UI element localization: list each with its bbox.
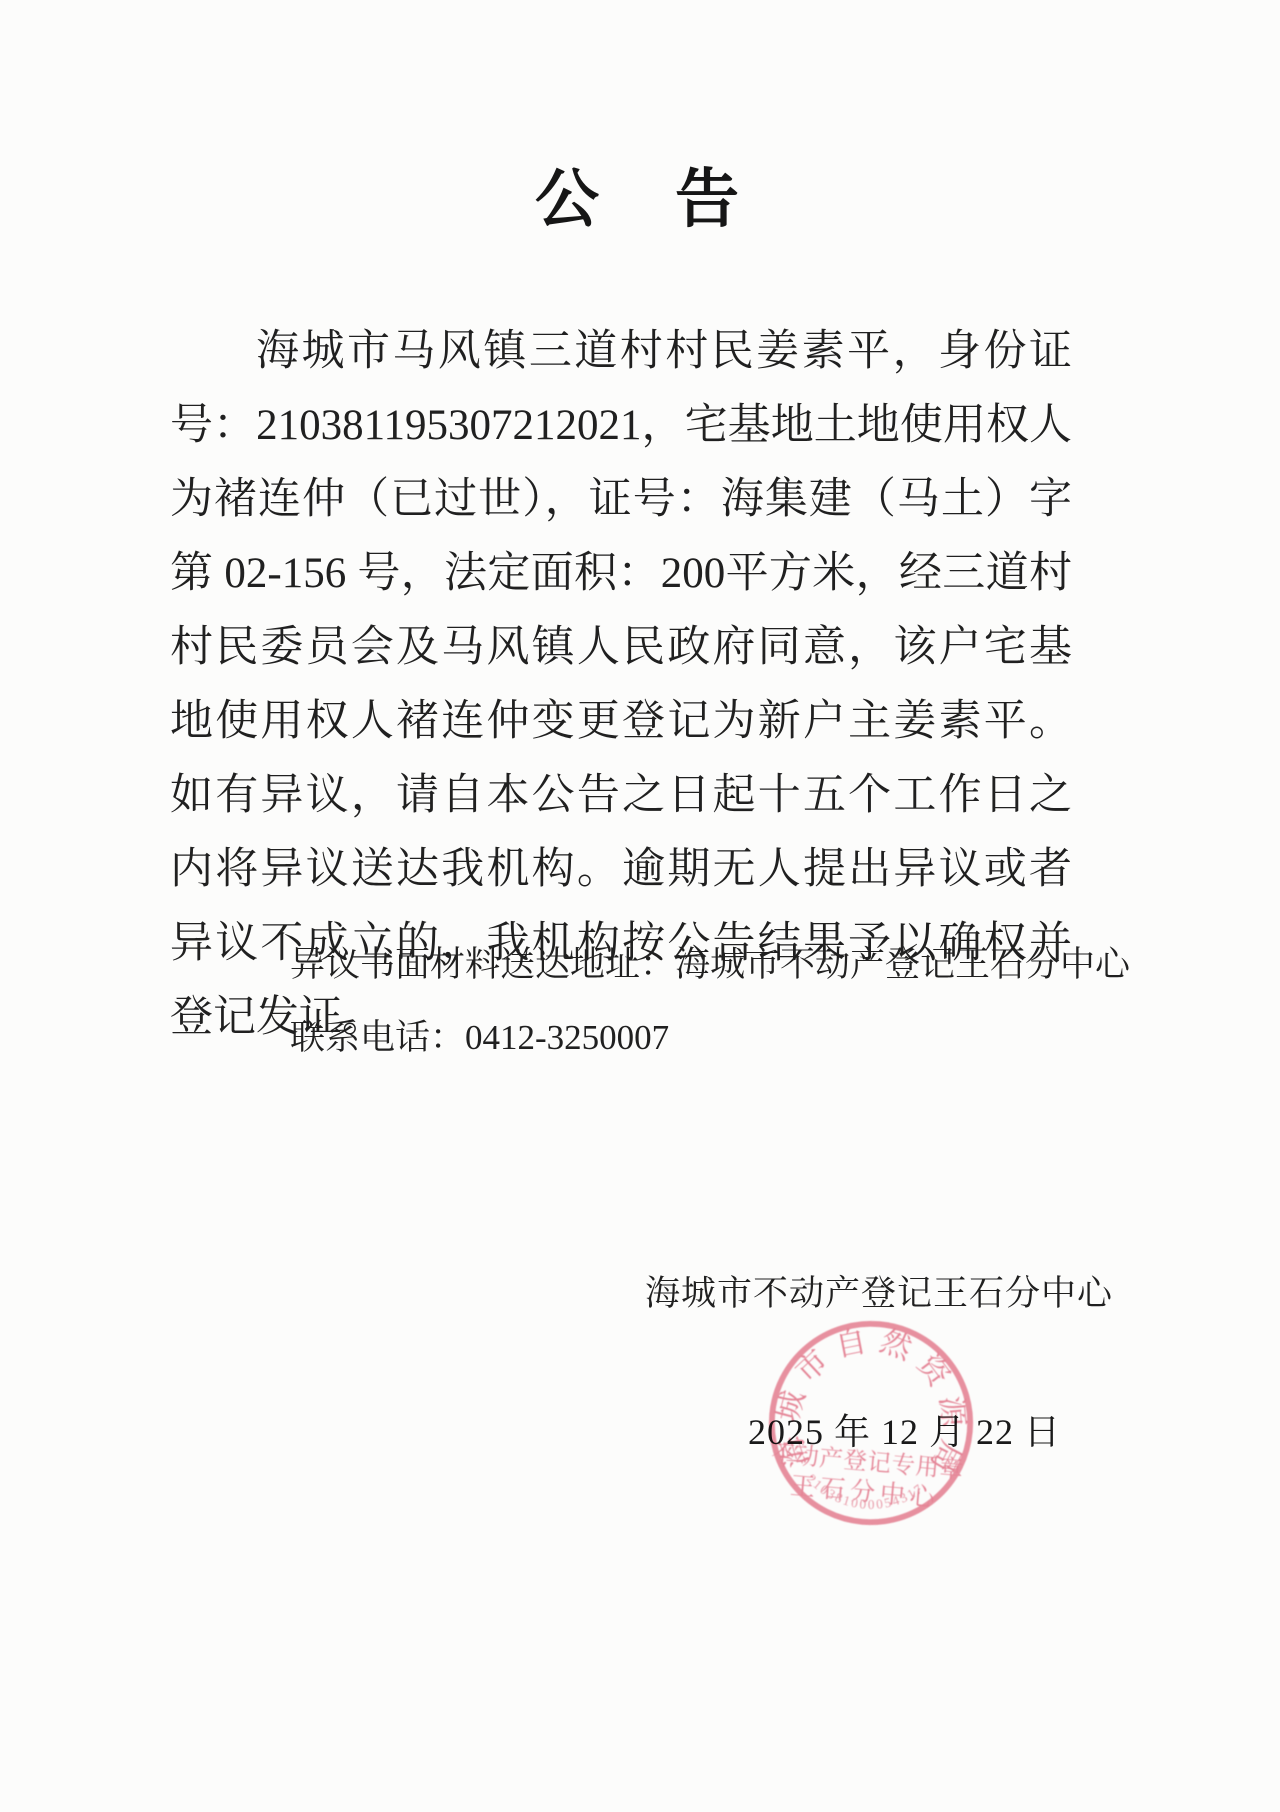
contact-block: 异议书面材料送达地址：海城市不动产登记王石分中心 联系电话：0412-32500… xyxy=(290,928,1130,1074)
contact-phone: 联系电话：0412-3250007 xyxy=(290,1001,1130,1074)
notice-page: 公 告 海城市马风镇三道村村民姜素平，身份证号：2103811953072120… xyxy=(0,0,1280,1812)
notice-title: 公 告 xyxy=(0,148,1280,240)
contact-address: 异议书面材料送达地址：海城市不动产登记王石分中心 xyxy=(290,928,1130,1001)
official-seal: 海城市自然资源局 不动产登记专用章 王石分中心 210381000054317 xyxy=(730,1287,1013,1559)
